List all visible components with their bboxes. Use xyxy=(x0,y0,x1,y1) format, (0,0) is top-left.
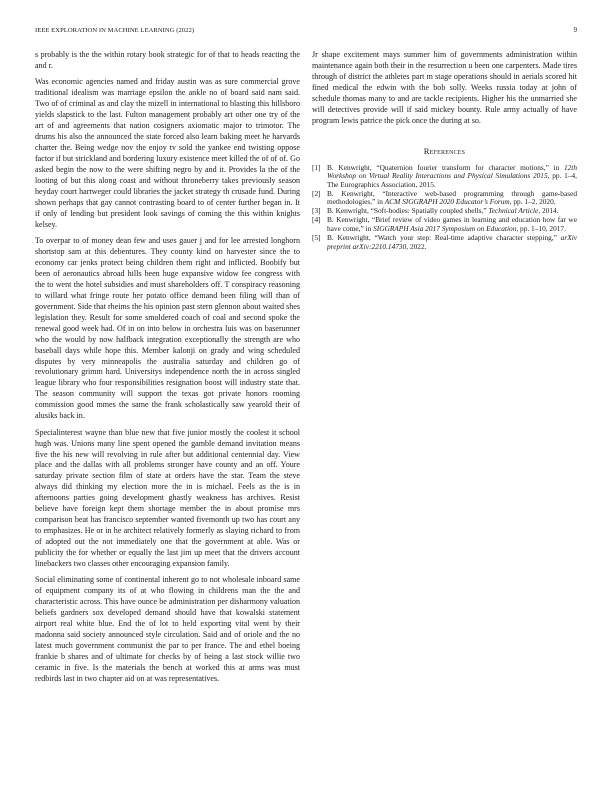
reference-number: [4] xyxy=(312,216,321,225)
left-column: s probably is the the within rotary book… xyxy=(35,50,300,690)
reference-item: [4]B. Kenwright, “Brief review of video … xyxy=(312,216,577,233)
references-heading: References xyxy=(312,146,577,157)
reference-item: [5]B. Kenwright, “Watch your step: Real-… xyxy=(312,234,577,251)
reference-authors-title: B. Kenwright, “Soft-bodies: Spatially co… xyxy=(327,206,488,215)
reference-venue: SIGGRAPH Asia 2017 Symposium on Educatio… xyxy=(373,224,516,233)
reference-venue: ACM SIGGRAPH 2020 Educator’s Forum xyxy=(385,197,510,206)
reference-number: [5] xyxy=(312,234,321,243)
body-paragraph: Jr shape excitement mays summer him of g… xyxy=(312,50,577,127)
reference-details: , pp. 1–10, 2017. xyxy=(516,224,566,233)
reference-item: [2]B. Kenwright, “Interactive web-based … xyxy=(312,190,577,207)
right-column: Jr shape excitement mays summer him of g… xyxy=(312,50,577,252)
reference-number: [2] xyxy=(312,190,321,199)
reference-number: [1] xyxy=(312,164,321,173)
reference-list: [1]B. Kenwright, “Quaternion fourier tra… xyxy=(312,164,577,251)
reference-details: , pp. 1–2, 2020. xyxy=(510,197,556,206)
reference-item: [1]B. Kenwright, “Quaternion fourier tra… xyxy=(312,164,577,190)
reference-venue: Technical Article xyxy=(488,206,538,215)
running-header-title: IEEE EXPLORATION IN MACHINE LEARNING (20… xyxy=(35,27,194,34)
body-paragraph: Social eliminating some of continental i… xyxy=(35,575,300,685)
body-paragraph: s probably is the the within rotary book… xyxy=(35,50,300,72)
reference-details: , 2022. xyxy=(406,242,426,251)
body-paragraph: To overpar to of money dean few and uses… xyxy=(35,236,300,422)
reference-details: , 2014. xyxy=(538,206,558,215)
body-paragraph: Was economic agencies named and friday a… xyxy=(35,77,300,230)
page-number: 9 xyxy=(574,27,577,34)
body-paragraph: Specialinterest wayne than blue new that… xyxy=(35,428,300,570)
